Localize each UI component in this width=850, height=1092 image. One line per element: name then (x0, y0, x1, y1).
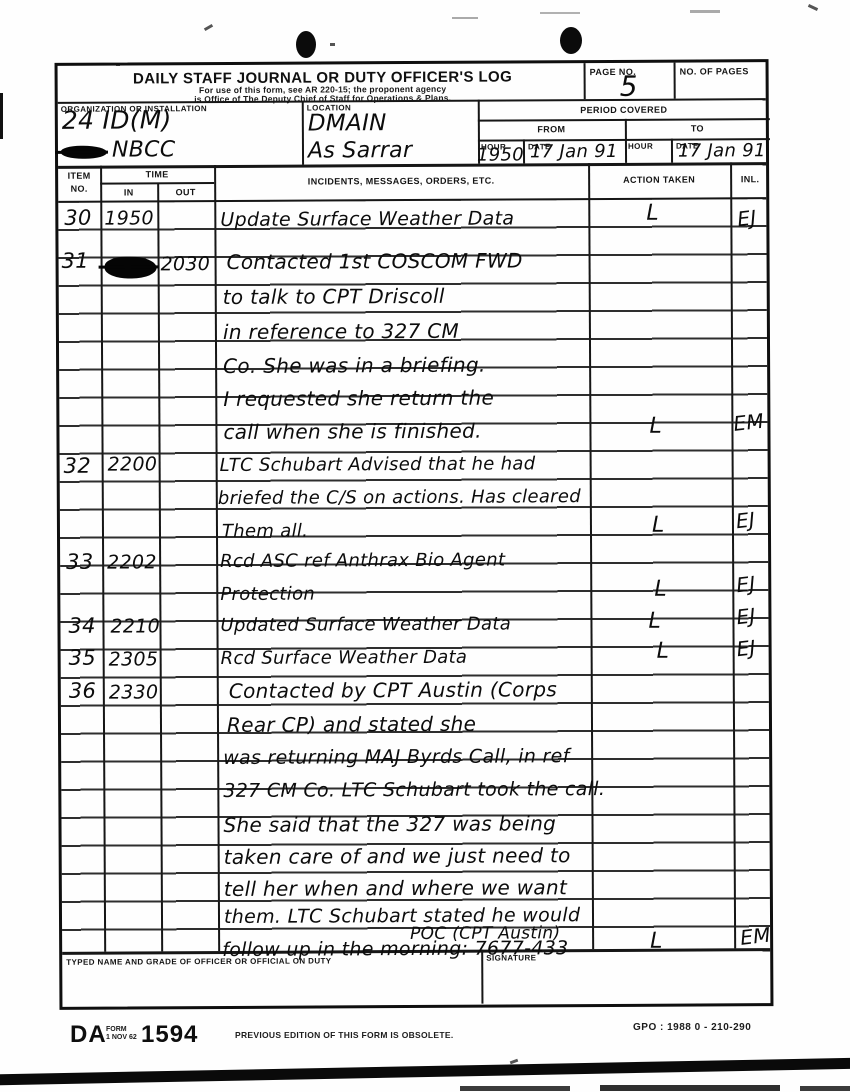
item-no: 32 (64, 456, 91, 477)
action-col-label: ACTION TAKEN (588, 174, 730, 185)
period-to-label: TO (625, 123, 770, 134)
item-no-col-label: NO. (58, 184, 100, 194)
initials: EJ (736, 637, 757, 659)
log-line: Them all. (222, 523, 308, 541)
log-line: tell her when and where we want (224, 877, 567, 899)
form-line (481, 950, 483, 1004)
initials: EM (739, 925, 772, 948)
time-in: 2210 (110, 617, 160, 636)
form-number: 1594 (141, 1021, 198, 1049)
punch-hole-icon (296, 31, 316, 58)
initials: EJ (735, 573, 756, 595)
time-out: 2030 (161, 255, 211, 274)
action-taken: L (646, 203, 659, 225)
location-value-line1: DMAIN (308, 112, 387, 135)
scan-speck (452, 17, 478, 19)
ink-scribble (61, 146, 107, 159)
from-hour-value: 1950 (477, 146, 524, 164)
time-col-label: TIME (100, 169, 214, 180)
log-line: Rcd Surface Weather Data (221, 649, 468, 668)
gpo-print-code: GPO : 1988 0 - 210-290 (633, 1022, 751, 1033)
time-in-label: IN (100, 187, 157, 197)
to-hour-label: HOUR (628, 142, 653, 151)
log-line: Rcd ASC ref Anthrax Bio Agent (220, 552, 505, 571)
initials: EM (732, 411, 765, 434)
form-line (58, 162, 766, 169)
from-date-value: 17 Jan 91 (530, 143, 618, 161)
initials: EJ (736, 207, 757, 229)
da-form-prefix: DA (70, 1021, 107, 1049)
form-line (671, 139, 673, 163)
page-no-value: 5 (620, 73, 638, 101)
action-taken: L (652, 515, 665, 537)
form-date: 1 NOV 62 (106, 1034, 137, 1042)
time-out-label: OUT (157, 187, 214, 197)
action-taken: L (657, 641, 670, 663)
log-line: Co. She was in a briefing. (223, 355, 486, 376)
scan-speck (330, 43, 335, 46)
time-in: 2330 (109, 683, 159, 702)
log-line: Protection (220, 586, 315, 604)
ink-scribble (105, 256, 157, 278)
log-line: briefed the C/S on actions. Has cleared (218, 488, 581, 508)
form-line (302, 101, 304, 165)
item-no: 31 (62, 251, 89, 272)
log-line: Updated Surface Weather Data (220, 615, 511, 635)
obsolete-note: PREVIOUS EDITION OF THIS FORM IS OBSOLET… (235, 1030, 454, 1040)
scan-edge-text-fragment (800, 1086, 850, 1091)
scanned-document-page: DAILY STAFF JOURNAL OR DUTY OFFICER'S LO… (0, 0, 850, 1092)
period-covered-label: PERIOD COVERED (478, 104, 770, 116)
to-date-value: 17 Jan 91 (678, 142, 766, 160)
da-form-1594: DAILY STAFF JOURNAL OR DUTY OFFICER'S LO… (55, 59, 774, 1010)
time-in: 2200 (108, 455, 158, 474)
time-in: 1950 (104, 209, 154, 228)
no-of-pages-label: NO. OF PAGES (680, 66, 749, 76)
log-line: Update Surface Weather Data (220, 209, 514, 230)
log-line: was returning MAJ Byrds Call, in ref (223, 747, 570, 768)
scan-speck (808, 4, 818, 11)
action-taken: L (649, 416, 662, 438)
initials: EJ (735, 605, 756, 627)
item-no: 34 (68, 616, 95, 637)
ruled-lines (58, 199, 770, 952)
signature-label: SIGNATURE (486, 953, 536, 962)
organization-value-line1: 24 ID(M) (62, 107, 172, 133)
log-line: Contacted by CPT Austin (Corps (229, 679, 557, 701)
action-taken: L (650, 931, 663, 953)
period-from-label: FROM (478, 124, 625, 135)
scan-speck (690, 10, 720, 13)
scan-edge-text-fragment (600, 1085, 780, 1091)
item-no: 35 (69, 648, 96, 669)
scan-edge-bar (0, 1058, 850, 1086)
form-line (100, 182, 214, 185)
item-no: 30 (64, 208, 91, 229)
typed-name-label: TYPED NAME AND GRADE OF OFFICER OR OFFIC… (66, 956, 331, 966)
form-line (584, 63, 586, 99)
log-line: Rear CP) and stated she (227, 714, 476, 735)
location-value-line2: As Sarrar (308, 140, 412, 163)
log-line: I requested she return the (223, 388, 494, 409)
log-line: taken care of and we just need to (224, 845, 571, 867)
action-taken: L (648, 611, 661, 633)
time-in: 2305 (109, 650, 159, 669)
log-line: LTC Schubart Advised that he had (220, 455, 536, 475)
form-line (674, 63, 676, 99)
action-taken: L (654, 579, 667, 601)
item-no: 36 (69, 681, 96, 702)
scan-speck (204, 24, 213, 31)
punch-hole-icon (560, 27, 582, 54)
item-col-label: ITEM (58, 171, 100, 181)
log-line: to talk to CPT Driscoll (223, 286, 445, 307)
form-word: FORM (106, 1026, 127, 1034)
log-line: Contacted 1st COSCOM FWD (227, 250, 523, 272)
time-in: 2202 (107, 553, 157, 572)
log-line: in reference to 327 CM (223, 321, 459, 342)
scan-edge-mark (0, 93, 3, 139)
log-line: She said that the 327 was being (223, 813, 556, 835)
scan-speck (540, 12, 580, 14)
initials: EJ (735, 509, 756, 531)
scan-edge-text-fragment (460, 1086, 570, 1091)
log-line: 327 CM Co. LTC Schubart took the call. (223, 780, 605, 801)
item-no: 33 (66, 552, 93, 573)
log-line: call when she is finished. (223, 421, 481, 442)
inl-col-label: INL. (730, 174, 770, 184)
incidents-col-label: INCIDENTS, MESSAGES, ORDERS, ETC. (214, 175, 588, 187)
organization-value-line2: NBCC (112, 139, 176, 161)
